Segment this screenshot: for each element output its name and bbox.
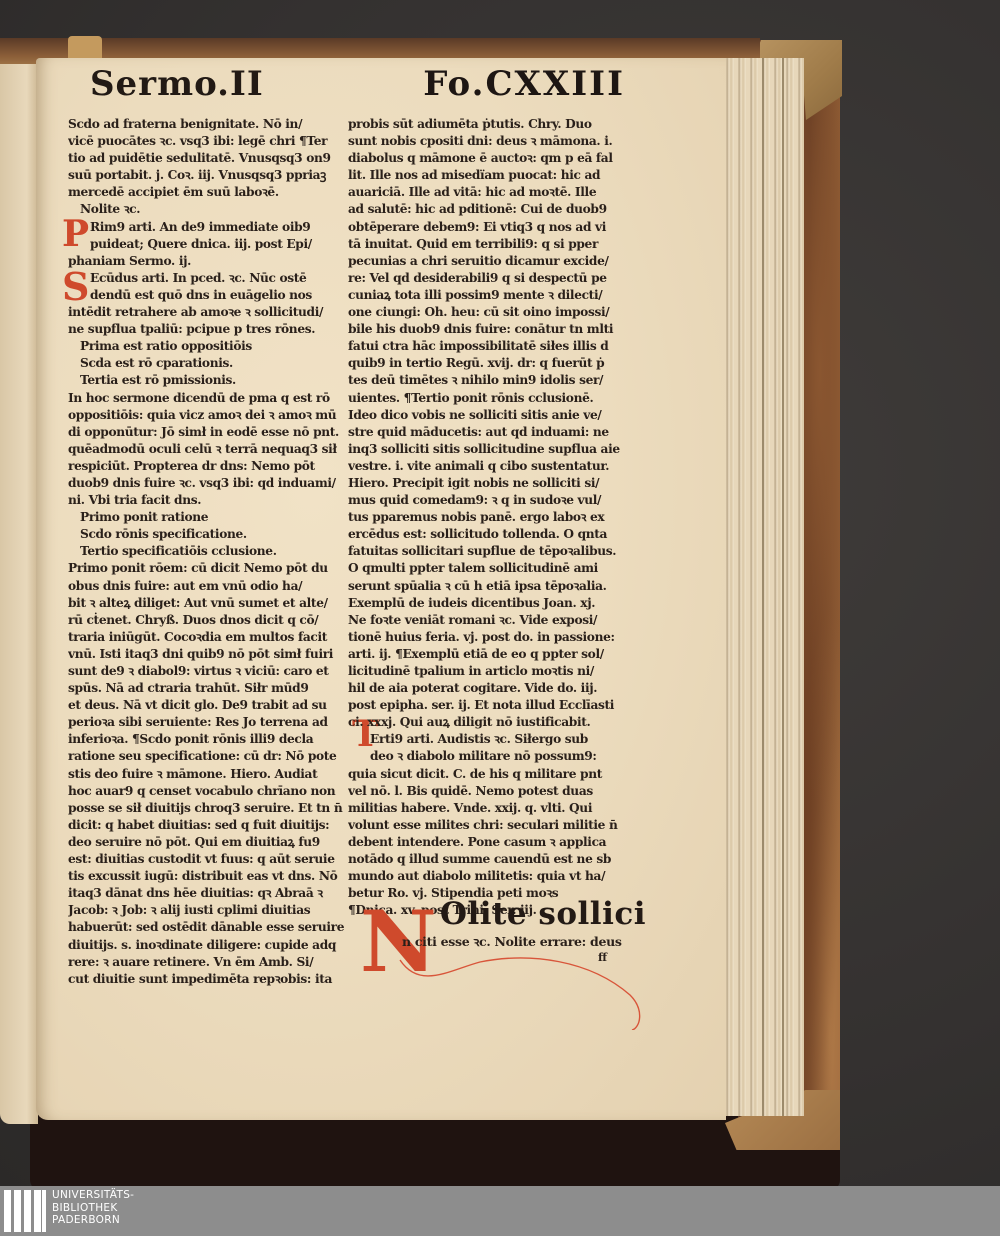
text-line: oppositiōis: quia vicz amoꝛ dei ꝛ amoꝛ m…	[68, 407, 348, 424]
text-line: stre quid māducetis: aut qd induami: ne	[348, 424, 630, 441]
text-line: traria iniūgūt. Cocoꝛdia em multos facit	[68, 629, 348, 646]
signature-mark: ff	[598, 951, 607, 964]
page-block-edges	[722, 58, 804, 1116]
text-line: Erti9 arti. Audistis ꝛc. Siłergo sub	[348, 731, 630, 748]
text-line: mercedē accipiet ēm suū laboꝛē.	[68, 184, 348, 201]
text-line: habuerūt: sed ostēdit dānable esse serui…	[68, 919, 348, 936]
text-line: deo seruire nō pōt. Qui em diuitiaꝝ fu9	[68, 834, 348, 851]
text-line: debent intendere. Pone casum ꝛ applica	[348, 834, 630, 851]
text-line: cut diuitie sunt impedimēta repꝛobis: it…	[68, 971, 348, 988]
text-line: perioꝛa sibi seruiente: Res Jo terrena a…	[68, 714, 348, 731]
text-line: militias habere. Vnde. xxij. q. vlti. Qu…	[348, 800, 630, 817]
text-line: uientes. ¶Tertio ponit rōnis cclusionē.	[348, 390, 630, 407]
running-title-text: Sermo.II	[90, 64, 264, 104]
text-line: inq3 solliciti sitis sollicitudine supfl…	[348, 441, 630, 458]
text-line: O qmulti ppter talem sollicitudinē ami	[348, 560, 630, 577]
text-line: Exemplū de iudeis dicentibus Joan. xj.	[348, 595, 630, 612]
text-line: post epipha. ser. ij. Et nota illud Eccl…	[348, 697, 630, 714]
text-line: dendū est quō dns in euāgelio nos	[68, 287, 348, 304]
text-line: sunt nobis cpositi dni: deus ꝛ māmona. i…	[348, 133, 630, 150]
incipit-line2: n citi esse ꝛc. Nolite errare: deus	[402, 933, 622, 950]
text-line: mus quid comedam9: ꝛ q in sudoꝛe vul/	[348, 492, 630, 509]
text-line: hoc auar9 q censet vocabulo chrīano non	[68, 783, 348, 800]
text-line: tis excussit iugū: distribuit eas vt dns…	[68, 868, 348, 885]
text-line: hil de aia poterat cogitare. Vide do. ii…	[348, 680, 630, 697]
text-line: bit ꝛ alteꝝ diliget: Aut vnū sumet et al…	[68, 595, 348, 612]
text-line: posse se sił diuitijs chroq3 seruire. Et…	[68, 800, 348, 817]
library-logo-text: UNIVERSITÄTS- BIBLIOTHEK PADERBORN	[52, 1189, 134, 1227]
text-line: Tertia est rō pmissionis.	[68, 372, 348, 389]
text-line: tā inuitat. Quid em terribili9: q si ppe…	[348, 236, 630, 253]
running-title: Sermo.II	[90, 64, 264, 104]
text-line: Ecūdus arti. In pced. ꝛc. Nūc ostē	[68, 270, 348, 287]
text-line: one ciungi: Oh. heu: cū sit oino impossi…	[348, 304, 630, 321]
text-line: Primo ponit ratione	[68, 509, 348, 526]
text-line: sunt de9 ꝛ diabol9: virtus ꝛ viciū: caro…	[68, 663, 348, 680]
text-line: phaniam Sermo. ij.	[68, 253, 348, 270]
text-line: quia sicut dicit. C. de his q militare p…	[348, 766, 630, 783]
text-line: rere: ꝛ auare retinere. Vn ēm Amb. Si/	[68, 954, 348, 971]
text-line: fatui ctra hāc impossibilitatē siłes ill…	[348, 338, 630, 355]
folio-number: Fo.CXXIII	[423, 64, 625, 104]
text-line: suū portabit. j. Coꝛ. iij. Vnusqsq3 ppri…	[68, 167, 348, 184]
incipit-text: citi esse ꝛc. Nolite errare: deus	[415, 934, 622, 949]
text-line: Tertio specificatiōis cclusione.	[68, 543, 348, 560]
text-line: re: Vel qd desiderabili9 q si despectū p…	[348, 270, 630, 287]
text-line: ad salutē: hic ad pditionē: Cui de duob9	[348, 201, 630, 218]
text-line: quēadmodū oculi celū ꝛ terrā nequaq3 sił	[68, 441, 348, 458]
text-line: respiciūt. Propterea dr dns: Nemo pōt	[68, 458, 348, 475]
left-text-column: Scdo ad fraterna benignitate. Nō in/vicē…	[68, 116, 348, 988]
text-line: volunt esse milites chri: seculari milit…	[348, 817, 630, 834]
text-line: quib9 in tertio Regū. xvij. dr: q fuerūt…	[348, 355, 630, 372]
text-line: lit. Ille nos ad misedïam puocat: hic ad	[348, 167, 630, 184]
text-line: cuniaꝝ tota illi possim9 mente ꝛ dilecti…	[348, 287, 630, 304]
text-line: Jacob: ꝛ Job: ꝛ alij iusti cplimi diuiti…	[68, 902, 348, 919]
text-line: licitudinē tpalium in articlo moꝛtis ni/	[348, 663, 630, 680]
text-line: In hoc sermone dicendū de pma q est rō	[68, 390, 348, 407]
incipit-heading: Olite sollici	[440, 896, 646, 932]
text-line: intēdit retrahere ab amoꝛe ꝛ sollicitudi…	[68, 304, 348, 321]
text-line: Hiero. Precipit igit nobis ne solliciti …	[348, 475, 630, 492]
text-line: bile his duob9 dnis fuire: conātur tn ml…	[348, 321, 630, 338]
text-line: ci. xxxj. Qui auꝝ diligit nō iustificabi…	[348, 714, 630, 731]
text-line: Scda est rō cparationis.	[68, 355, 348, 372]
text-line: Prima est ratio oppositiōis	[68, 338, 348, 355]
book-shadow	[30, 1110, 840, 1190]
text-line: rū cṫenet. Chryß. Duos dnos dicit q cō/	[68, 612, 348, 629]
text-line: Ne foꝛte veniāt romani ꝛc. Vide exposi/	[348, 612, 630, 629]
text-line: et deus. Nā vt dicit glo. De9 trabit ad …	[68, 697, 348, 714]
text-line: ni. Vbi tria facit dns.	[68, 492, 348, 509]
text-line: tio ad puidētie sedulitatē. Vnusqsq3 on9	[68, 150, 348, 167]
text-line: tus pparemus nobis panē. ergo laboꝛ ex	[348, 509, 630, 526]
logo-line-3: PADERBORN	[52, 1214, 134, 1227]
text-line: ratione seu specificatione: cū dr: Nō po…	[68, 748, 348, 765]
text-line: tionē huius feria. vj. post do. in passi…	[348, 629, 630, 646]
text-line: obus dnis fuire: aut em vnū odio ha/	[68, 578, 348, 595]
text-line: Rim9 arti. An de9 immediate oib9	[68, 219, 348, 236]
right-text-column: probis sūt adiumēta ṗtutis. Chry. Duosun…	[348, 116, 630, 919]
text-line: dicit: q habet diuitias: sed q fuit diui…	[68, 817, 348, 834]
text-line: duob9 dnis fuire ꝛc. vsq3 ibi: qd induam…	[68, 475, 348, 492]
text-line: auariciā. Ille ad vitā: hic ad moꝛtē. Il…	[348, 184, 630, 201]
text-line: serunt spūalia ꝛ cū h etiā ipsa tēpoꝛali…	[348, 578, 630, 595]
text-line: puideat; Quere dnica. iij. post Epi/	[68, 236, 348, 253]
left-page-edge	[0, 64, 38, 1124]
logo-line-2: BIBLIOTHEK	[52, 1202, 134, 1215]
logo-line-1: UNIVERSITÄTS-	[52, 1189, 134, 1202]
text-line: spūs. Nā ad ctraria trahūt. Siłr mūd9	[68, 680, 348, 697]
text-line: deo ꝛ diabolo militare nō possum9:	[348, 748, 630, 765]
text-line: fatuitas sollicitari supflue de tēpoꝛali…	[348, 543, 630, 560]
text-line: mundo aut diabolo militetis: quia vt ha/	[348, 868, 630, 885]
text-line: di opponūtur: Jō simł in eodē esse nō pn…	[68, 424, 348, 441]
text-line: Scdo rōnis specificatione.	[68, 526, 348, 543]
text-line: ercēdus est: sollicitudo tollenda. O qnt…	[348, 526, 630, 543]
incipit-prefix: n	[402, 934, 411, 949]
text-line: tes deū timētes ꝛ nihilo min9 idolis ser…	[348, 372, 630, 389]
text-line: inferioꝛa. ¶Scdo ponit rōnis illi9 decla	[68, 731, 348, 748]
text-line: vestre. i. vite animali q cibo sustentat…	[348, 458, 630, 475]
text-line: ne supflua tpaliū: pcipue p tres rōnes.	[68, 321, 348, 338]
text-line: stis deo fuire ꝛ māmone. Hiero. Audiat	[68, 766, 348, 783]
text-line: vnū. Isti itaq3 dni quib9 nō pōt simł fu…	[68, 646, 348, 663]
text-line: vicē puocātes ꝛc. vsq3 ibi: legē chri ¶T…	[68, 133, 348, 150]
page-header: Sermo.II Fo.CXXIII	[90, 58, 625, 110]
text-line: notādo q illud summe cauendū est ne sb	[348, 851, 630, 868]
text-line: diuitijs. s. inoꝛdinate diligere: cupide…	[68, 937, 348, 954]
text-line: vel nō. l. Bis quidē. Nemo potest duas	[348, 783, 630, 800]
text-line: diabolus q māmone ē auctoꝛ: qm p eā fal	[348, 150, 630, 167]
text-line: arti. ij. ¶Exemplū etiā de eo q ppter so…	[348, 646, 630, 663]
library-footer: UNIVERSITÄTS- BIBLIOTHEK PADERBORN	[0, 1186, 1000, 1236]
text-line: Nolite ꝛc.	[68, 201, 348, 218]
text-line: probis sūt adiumēta ṗtutis. Chry. Duo	[348, 116, 630, 133]
text-line: itaq3 dānat dns hēe diuitias: qꝛ Abraā ꝛ	[68, 885, 348, 902]
text-line: est: diuitias custodit vt fuus: q aūt se…	[68, 851, 348, 868]
text-line: Scdo ad fraterna benignitate. Nō in/	[68, 116, 348, 133]
text-line: pecunias a chri seruitio dicamur excide/	[348, 253, 630, 270]
text-line: Ideo dico vobis ne solliciti sitis anie …	[348, 407, 630, 424]
text-line: Primo ponit rōem: cū dicit Nemo pōt du	[68, 560, 348, 577]
text-line: obtēperare debem9: Ei vtiq3 q nos ad vi	[348, 219, 630, 236]
